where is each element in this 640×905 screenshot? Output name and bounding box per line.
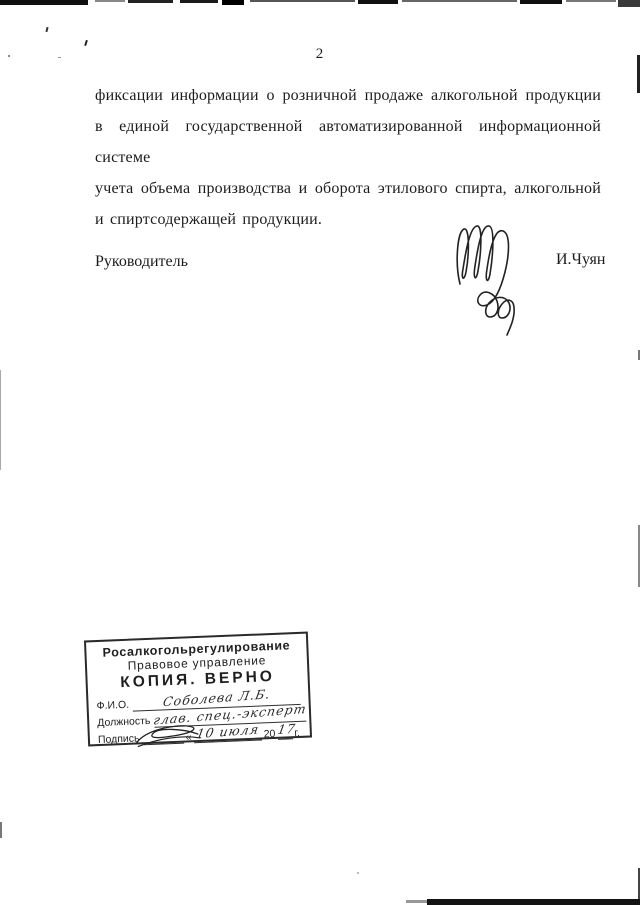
scan-artifact-top-edge — [180, 0, 218, 3]
stamp-date-day-value: 10 июля — [195, 723, 260, 740]
scan-artifact-top-edge — [128, 0, 173, 3]
stamp-signature-line — [143, 728, 184, 746]
stamp-fio-label: Ф.И.О. — [96, 699, 129, 713]
scan-artifact-top-edge — [358, 0, 398, 4]
certification-stamp: Росалкогольрегулирование Правовое управл… — [84, 632, 312, 747]
body-line: учета объема производства и оборота этил… — [95, 173, 601, 204]
signer-role-label: Руководитель — [95, 253, 188, 271]
body-line: в единой государственной автоматизирован… — [95, 111, 601, 173]
scan-artifact-top-edge — [250, 0, 355, 2]
stamp-date-day-line: 10 июля — [193, 724, 262, 743]
scan-artifact-top-edge — [0, 0, 88, 5]
director-signature — [450, 222, 542, 340]
scan-artifact-bottom-edge — [406, 900, 427, 903]
stamp-date-year-line: 17 — [277, 723, 293, 740]
body-paragraph: фиксации информации о розничной продаже … — [95, 80, 601, 235]
scan-artifact-left-edge — [0, 370, 1, 470]
scan-speckle — [45, 27, 48, 32]
scan-artifact-top-edge — [402, 0, 517, 2]
scan-artifact-top-edge — [95, 0, 125, 2]
scan-artifact-top-edge — [618, 0, 640, 7]
scan-artifact-bottom-edge — [427, 899, 640, 905]
stamp-date-year-prefix: 20 — [261, 728, 277, 741]
signer-name: И.Чуян — [556, 251, 605, 269]
stamp-date-year-value: 17 — [276, 723, 296, 736]
scan-artifact-top-edge — [520, 0, 562, 4]
scan-artifact-top-edge — [222, 0, 244, 5]
document-page: 2 фиксации информации о розничной продаж… — [0, 0, 640, 905]
page-number: 2 — [0, 46, 640, 63]
scan-speckle — [357, 872, 359, 874]
scan-artifact-left-edge — [0, 822, 2, 838]
body-line: фиксации информации о розничной продаже … — [95, 80, 601, 111]
scan-artifact-top-edge — [566, 0, 616, 2]
